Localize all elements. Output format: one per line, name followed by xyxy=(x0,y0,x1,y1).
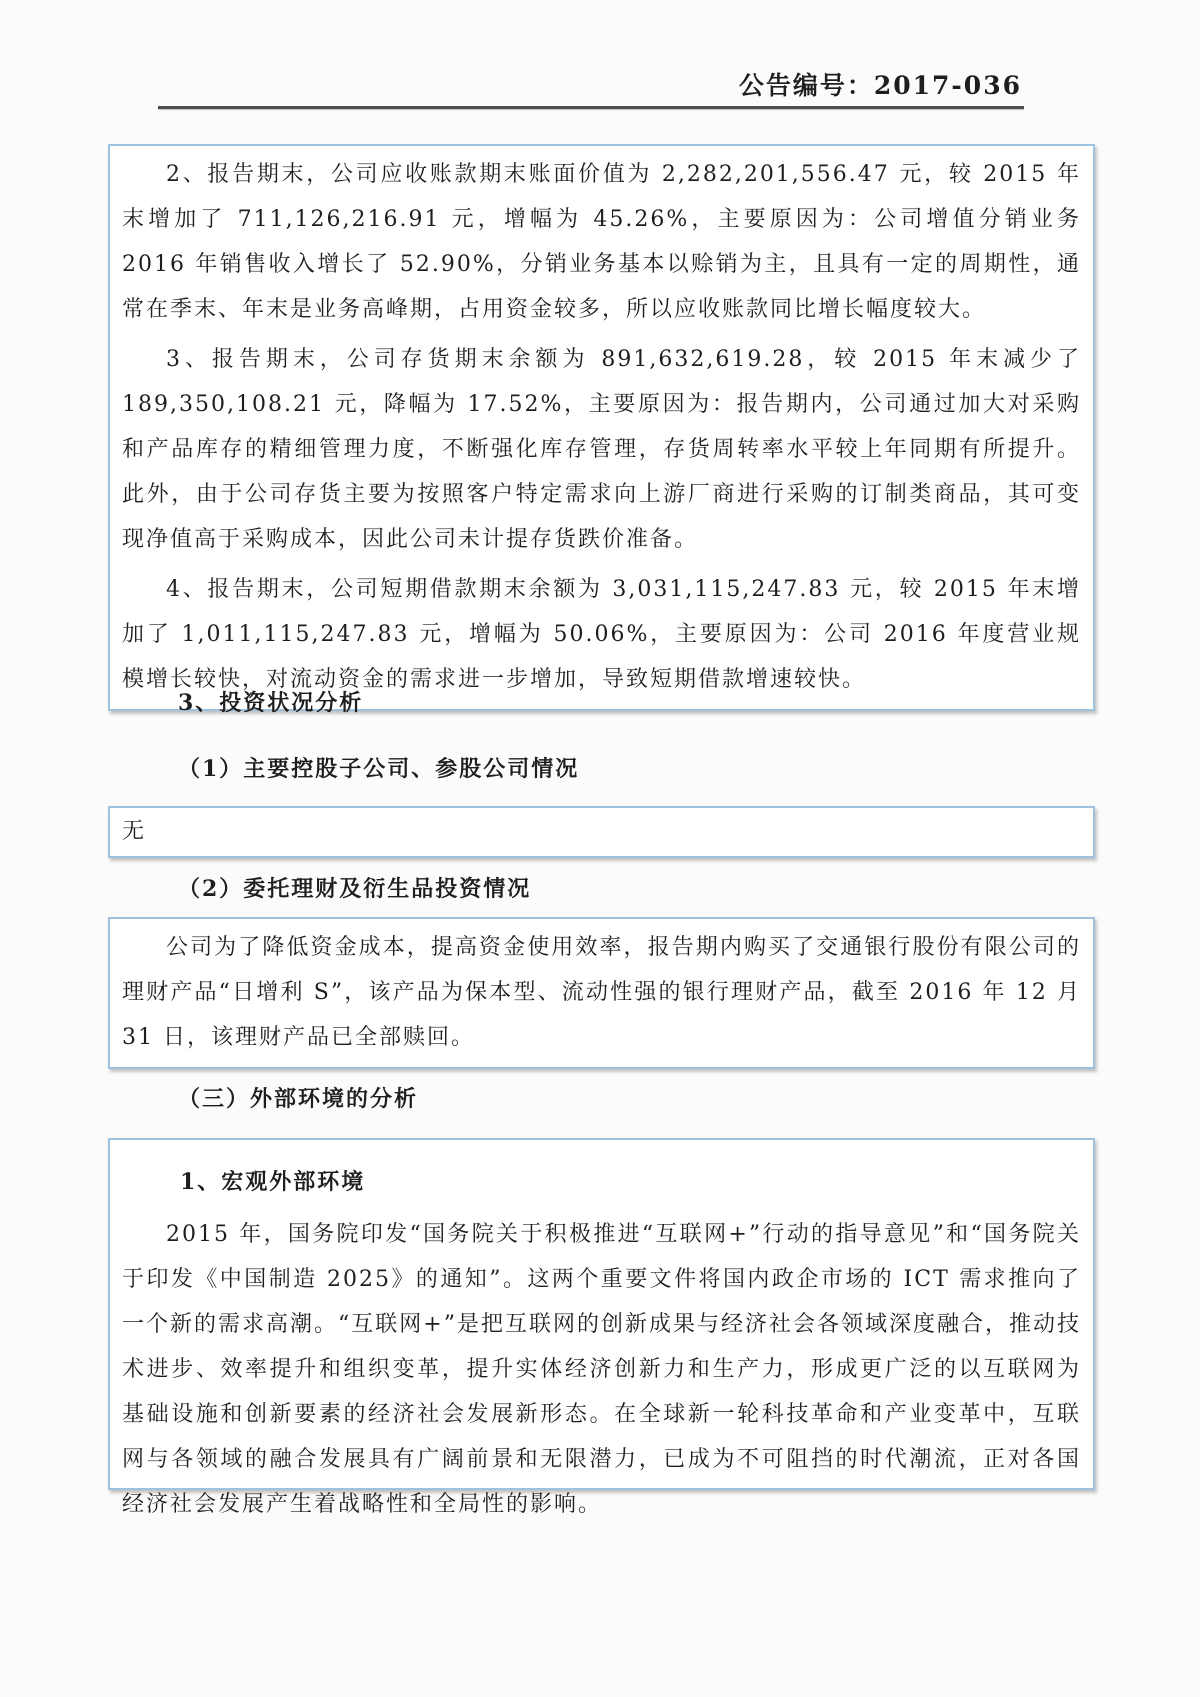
wealth-management-box: 公司为了降低资金成本，提高资金使用效率，报告期内购买了交通银行股份有限公司的理财… xyxy=(108,917,1095,1069)
inventory-paragraph: 3、报告期末，公司存货期末余额为 891,632,619.28，较 2015 年… xyxy=(122,337,1081,562)
external-environment-heading: （三）外部环境的分析 xyxy=(178,1082,418,1113)
announcement-number: 公告编号：2017-036 xyxy=(739,66,1022,102)
macro-environment-heading: 1、宏观外部环境 xyxy=(180,1162,1081,1202)
wealth-management-heading: （2）委托理财及衍生品投资情况 xyxy=(178,872,531,903)
subsidiaries-heading: （1）主要控股子公司、参股公司情况 xyxy=(178,752,579,783)
wealth-management-paragraph: 公司为了降低资金成本，提高资金使用效率，报告期内购买了交通银行股份有限公司的理财… xyxy=(122,925,1081,1060)
investment-analysis-heading: 3、投资状况分析 xyxy=(178,686,363,717)
short-term-loans-paragraph: 4、报告期末，公司短期借款期末余额为 3,031,115,247.83 元，较 … xyxy=(122,567,1081,702)
receivables-paragraph: 2、报告期末，公司应收账款期末账面价值为 2,282,201,556.47 元，… xyxy=(122,152,1081,332)
financial-analysis-box: 2、报告期末，公司应收账款期末账面价值为 2,282,201,556.47 元，… xyxy=(108,144,1095,711)
subsidiaries-content-box: 无 xyxy=(108,806,1095,858)
macro-environment-box: 1、宏观外部环境 2015 年，国务院印发“国务院关于积极推进“互联网+”行动的… xyxy=(108,1138,1095,1490)
document-page: 公告编号：2017-036 2、报告期末，公司应收账款期末账面价值为 2,282… xyxy=(0,0,1200,1697)
header-divider xyxy=(158,106,1024,109)
macro-environment-paragraph: 2015 年，国务院印发“国务院关于积极推进“互联网+”行动的指导意见”和“国务… xyxy=(122,1212,1081,1527)
